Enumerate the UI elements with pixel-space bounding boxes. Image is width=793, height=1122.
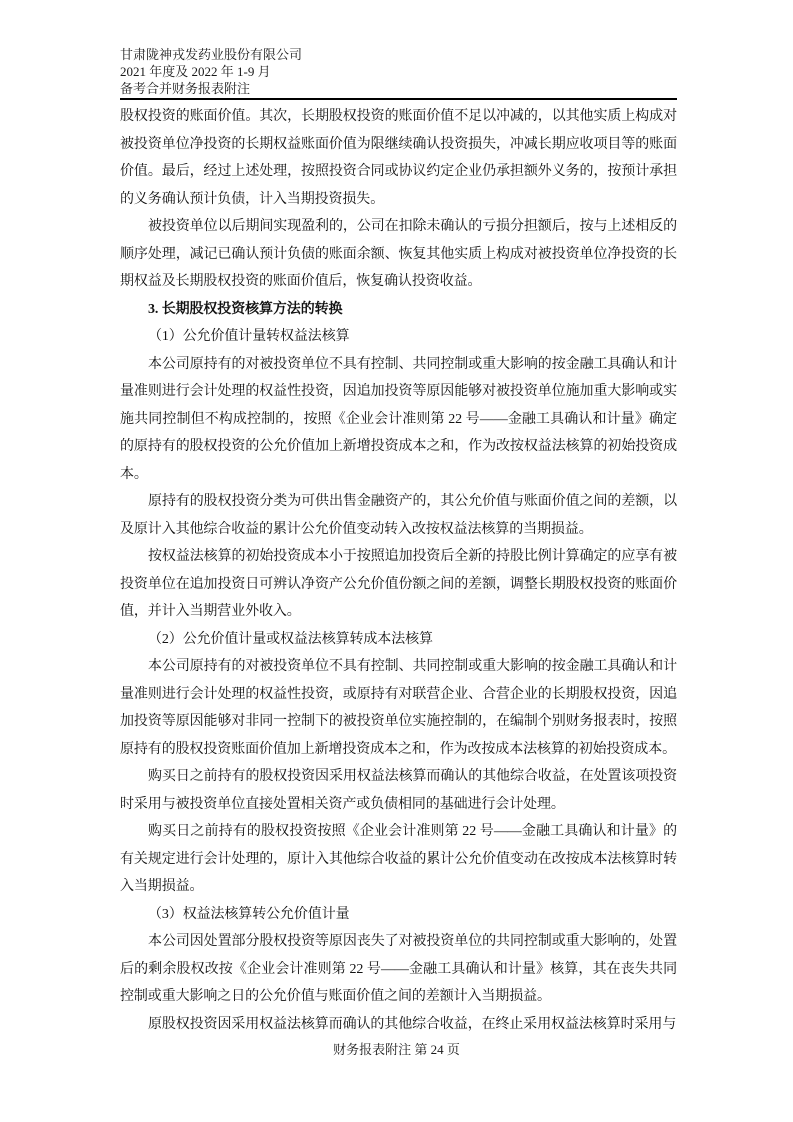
page-header: 甘肃陇神戎发药业股份有限公司 2021 年度及 2022 年 1-9 月 备考合… [120, 46, 677, 97]
footer-page-number: 财务报表附注 第 24 页 [333, 1042, 460, 1057]
header-company-name: 甘肃陇神戎发药业股份有限公司 [120, 46, 677, 63]
subsection-heading: （2）公允价值计量或权益法核算转成本法核算 [120, 626, 677, 654]
document-page: 甘肃陇神戎发药业股份有限公司 2021 年度及 2022 年 1-9 月 备考合… [0, 0, 793, 1122]
paragraph: 被投资单位以后期间实现盈利的，公司在扣除未确认的亏损分担额后，按与上述相反的顺序… [120, 213, 677, 296]
paragraph: 购买日之前持有的股权投资因采用权益法核算而确认的其他综合收益，在处置该项投资时采… [120, 763, 677, 818]
header-rule [120, 98, 677, 100]
header-period: 2021 年度及 2022 年 1-9 月 [120, 63, 677, 80]
paragraph: 本公司原持有的对被投资单位不具有控制、共同控制或重大影响的按金融工具确认和计量准… [120, 653, 677, 763]
paragraph-continuation: 股权投资的账面价值。其次，长期股权投资的账面价值不足以冲减的，以其他实质上构成对… [120, 103, 677, 213]
paragraph: 购买日之前持有的股权投资按照《企业会计准则第 22 号——金融工具确认和计量》的… [120, 818, 677, 901]
subsection-heading: （3）权益法核算转公允价值计量 [120, 901, 677, 929]
subsection-heading: （1）公允价值计量转权益法核算 [120, 323, 677, 351]
paragraph: 本公司因处置部分股权投资等原因丧失了对被投资单位的共同控制或重大影响的，处置后的… [120, 928, 677, 1011]
page-footer: 财务报表附注 第 24 页 [0, 1039, 793, 1058]
section-heading: 3. 长期股权投资核算方法的转换 [120, 296, 677, 324]
paragraph: 本公司原持有的对被投资单位不具有控制、共同控制或重大影响的按金融工具确认和计量准… [120, 351, 677, 489]
document-body: 股权投资的账面价值。其次，长期股权投资的账面价值不足以冲减的，以其他实质上构成对… [120, 103, 677, 1038]
header-doc-title: 备考合并财务报表附注 [120, 80, 677, 97]
paragraph: 原股权投资因采用权益法核算而确认的其他综合收益，在终止采用权益法核算时采用与 [120, 1011, 677, 1039]
paragraph: 原持有的股权投资分类为可供出售金融资产的，其公允价值与账面价值之间的差额，以及原… [120, 488, 677, 543]
paragraph: 按权益法核算的初始投资成本小于按照追加投资后全新的持股比例计算确定的应享有被投资… [120, 543, 677, 626]
